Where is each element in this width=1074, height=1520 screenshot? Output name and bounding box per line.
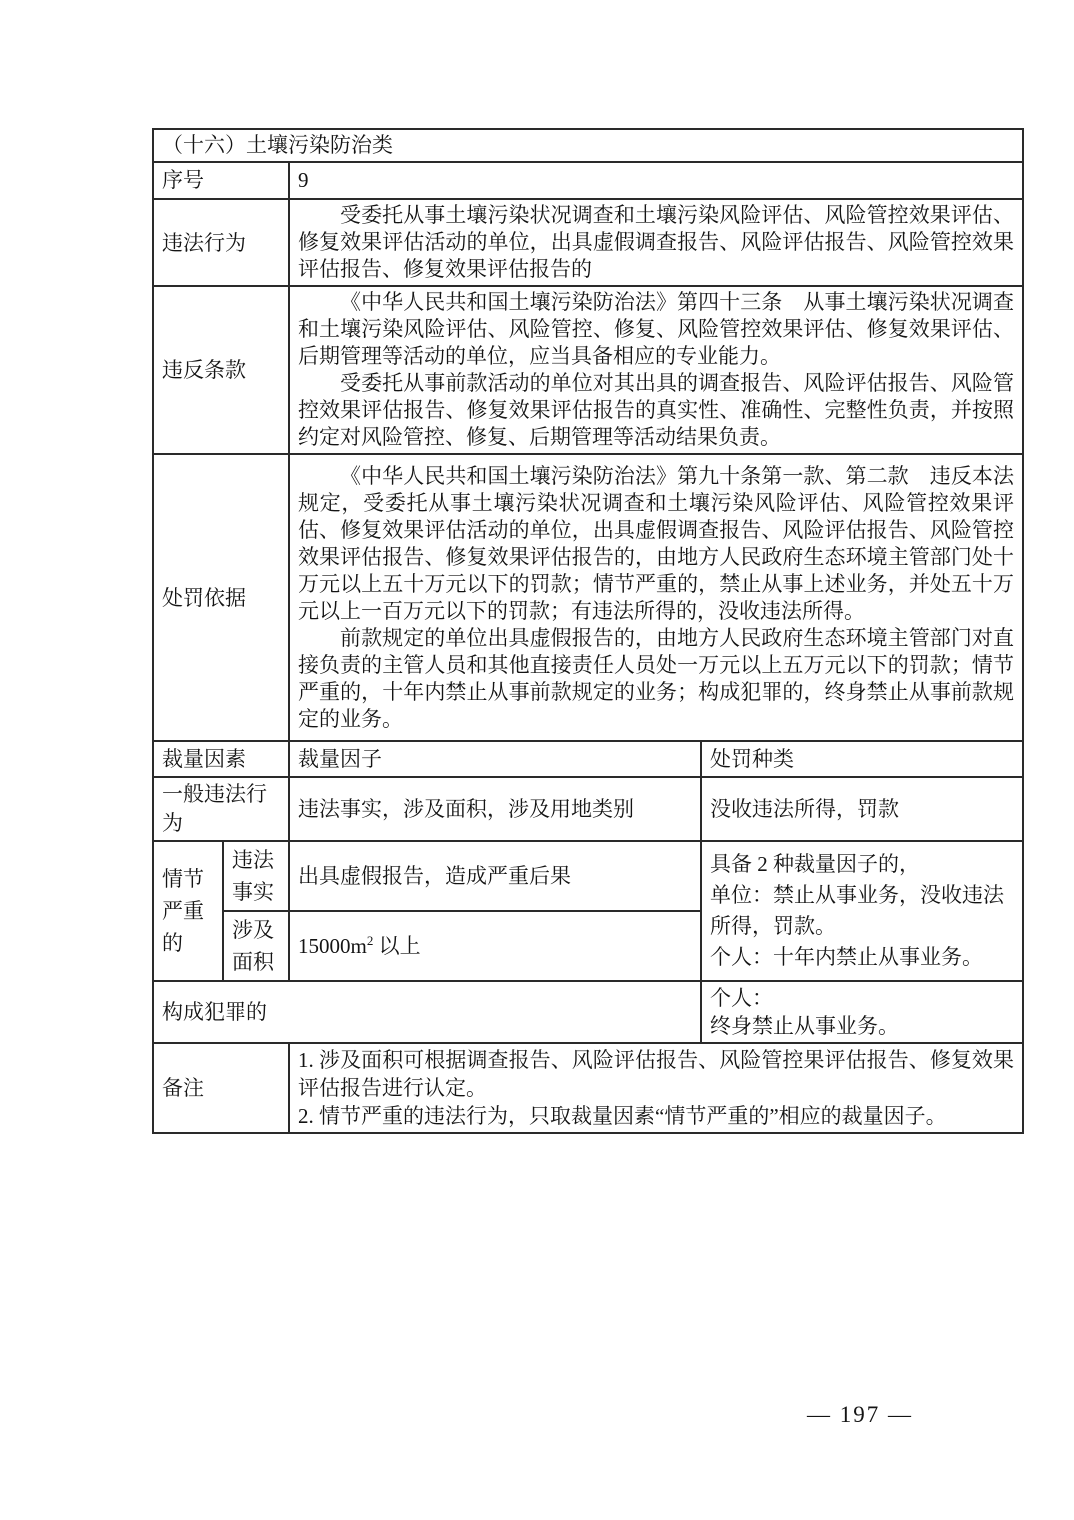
penalty-basis-para2: 前款规定的单位出具虚假报告的，由地方人民政府生态环境主管部门对直接负责的主管人员… [298, 625, 1014, 733]
section-header: （十六）土壤污染防治类 [153, 129, 1023, 162]
penalty-basis-label: 处罚依据 [153, 454, 289, 741]
area-value-suffix: 以上 [373, 934, 420, 958]
document-page: （十六）土壤污染防治类 序号 9 违法行为 受委托从事土壤污染状况调查和土壤污染… [0, 0, 1074, 1520]
serious-penalty-line3: 个人：十年内禁止从事业务。 [710, 942, 1014, 973]
serious-fact-row: 情节严重的 违法事实 出具虚假报告，造成严重后果 具备 2 种裁量因子的， 单位… [153, 841, 1023, 911]
section-header-row: （十六）土壤污染防治类 [153, 129, 1023, 162]
general-violation-label: 一般违法行为 [153, 777, 289, 841]
serious-label: 情节严重的 [153, 841, 223, 981]
illegal-act-row: 违法行为 受委托从事土壤污染状况调查和土壤污染风险评估、风险管控效果评估、修复效… [153, 199, 1023, 286]
penalty-type-header: 处罚种类 [701, 741, 1023, 777]
crime-penalty-line1: 个人： [710, 984, 1014, 1012]
discretion-header-row: 裁量因素 裁量因子 处罚种类 [153, 741, 1023, 777]
serious-fact-label: 违法事实 [223, 841, 289, 911]
general-violation-factors: 违法事实，涉及面积，涉及用地类别 [289, 777, 701, 841]
discretion-factor-header: 裁量因子 [289, 741, 701, 777]
violated-clause-content: 《中华人民共和国土壤污染防治法》第四十三条 从事土壤污染状况调查和土壤污染风险评… [289, 286, 1023, 454]
violated-clause-para1: 《中华人民共和国土壤污染防治法》第四十三条 从事土壤污染状况调查和土壤污染风险评… [298, 289, 1014, 370]
regulation-table: （十六）土壤污染防治类 序号 9 违法行为 受委托从事土壤污染状况调查和土壤污染… [152, 128, 1024, 1134]
general-violation-row: 一般违法行为 违法事实，涉及面积，涉及用地类别 没收违法所得，罚款 [153, 777, 1023, 841]
remarks-row: 备注 1. 涉及面积可根据调查报告、风险评估报告、风险管控果评估报告、修复效果评… [153, 1043, 1023, 1133]
serious-penalty: 具备 2 种裁量因子的， 单位：禁止从事业务，没收违法所得，罚款。 个人：十年内… [701, 841, 1023, 981]
serious-penalty-line1: 具备 2 种裁量因子的， [710, 849, 1014, 880]
serious-fact-value: 出具虚假报告，造成严重后果 [289, 841, 701, 911]
crime-row: 构成犯罪的 个人： 终身禁止从事业务。 [153, 981, 1023, 1043]
violated-clause-row: 违反条款 《中华人民共和国土壤污染防治法》第四十三条 从事土壤污染状况调查和土壤… [153, 286, 1023, 454]
serial-value: 9 [289, 162, 1023, 199]
remarks-item1: 1. 涉及面积可根据调查报告、风险评估报告、风险管控果评估报告、修复效果评估报告… [298, 1046, 1014, 1102]
crime-penalty: 个人： 终身禁止从事业务。 [701, 981, 1023, 1043]
penalty-basis-para1: 《中华人民共和国土壤污染防治法》第九十条第一款、第二款 违反本法规定，受委托从事… [298, 463, 1014, 625]
violated-clause-label: 违反条款 [153, 286, 289, 454]
general-violation-penalty: 没收违法所得，罚款 [701, 777, 1023, 841]
crime-label: 构成犯罪的 [153, 981, 701, 1043]
illegal-act-label: 违法行为 [153, 199, 289, 286]
serious-area-value: 15000m2 以上 [289, 911, 701, 981]
crime-penalty-line2: 终身禁止从事业务。 [710, 1012, 1014, 1040]
penalty-basis-content: 《中华人民共和国土壤污染防治法》第九十条第一款、第二款 违反本法规定，受委托从事… [289, 454, 1023, 741]
serious-area-label: 涉及面积 [223, 911, 289, 981]
serial-label: 序号 [153, 162, 289, 199]
area-value-base: 15000m [298, 934, 367, 958]
remarks-label: 备注 [153, 1043, 289, 1133]
violated-clause-para2: 受委托从事前款活动的单位对其出具的调查报告、风险评估报告、风险管控效果评估报告、… [298, 370, 1014, 451]
illegal-act-text: 受委托从事土壤污染状况调查和土壤污染风险评估、风险管控效果评估、修复效果评估活动… [298, 202, 1014, 283]
penalty-basis-row: 处罚依据 《中华人民共和国土壤污染防治法》第九十条第一款、第二款 违反本法规定，… [153, 454, 1023, 741]
serious-penalty-line2: 单位：禁止从事业务，没收违法所得，罚款。 [710, 880, 1014, 942]
discretion-factor-category-header: 裁量因素 [153, 741, 289, 777]
serial-row: 序号 9 [153, 162, 1023, 199]
illegal-act-content: 受委托从事土壤污染状况调查和土壤污染风险评估、风险管控效果评估、修复效果评估活动… [289, 199, 1023, 286]
page-number: — 197 — [780, 1402, 940, 1428]
remarks-content: 1. 涉及面积可根据调查报告、风险评估报告、风险管控果评估报告、修复效果评估报告… [289, 1043, 1023, 1133]
remarks-item2: 2. 情节严重的违法行为，只取裁量因素“情节严重的”相应的裁量因子。 [298, 1102, 1014, 1130]
